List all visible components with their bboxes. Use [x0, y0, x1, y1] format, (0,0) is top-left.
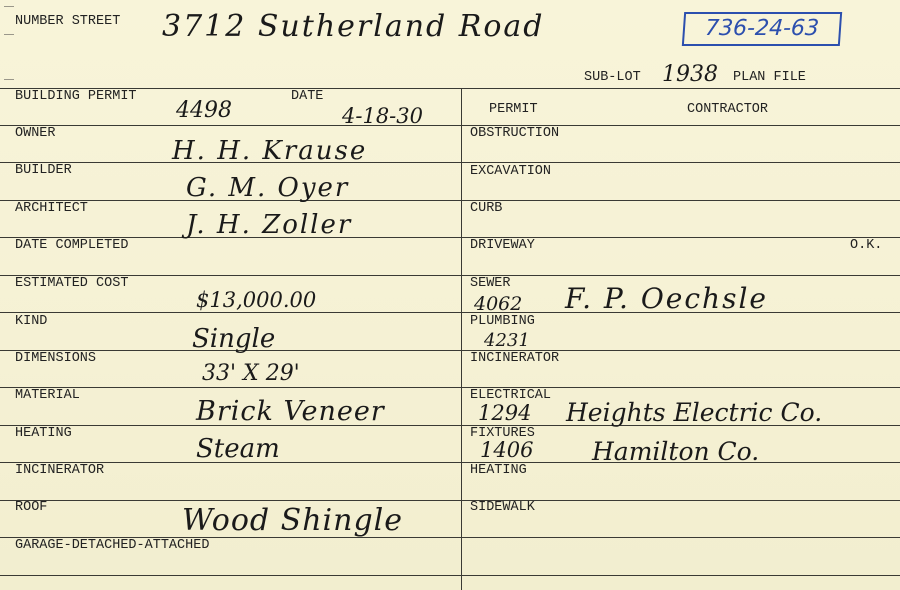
permit-column-header: PERMIT: [489, 103, 538, 117]
column-divider: [461, 88, 462, 590]
sub-lot-label: SUB-LOT: [584, 71, 641, 85]
trade-label-excavation: EXCAVATION: [470, 165, 551, 179]
driveway-note: O.K.: [850, 239, 882, 253]
file-number-stamp: 736-24-63: [682, 12, 842, 46]
trade-label-driveway: DRIVEWAY: [470, 239, 535, 253]
permit-card: NUMBER STREET 3712 Sutherland Road 736-2…: [0, 0, 900, 590]
field-label-material: MATERIAL: [15, 389, 80, 403]
field-label-roof: ROOF: [15, 501, 47, 515]
trade-label-heating: HEATING: [470, 464, 527, 478]
field-label-heating: HEATING: [15, 427, 72, 441]
trade-label-obstruction: OBSTRUCTION: [470, 127, 559, 141]
material-value: Brick Veneer: [196, 398, 385, 425]
field-label-owner: OWNER: [15, 127, 56, 141]
rule: [0, 275, 900, 276]
rule: [0, 237, 900, 238]
roof-value: Wood Shingle: [182, 506, 403, 536]
rule: [0, 162, 900, 163]
margin-tick: [4, 34, 14, 35]
rule: [0, 387, 900, 388]
kind-value: Single: [192, 326, 275, 352]
trade-label-sewer: SEWER: [470, 277, 511, 291]
rule: [0, 200, 900, 201]
electrical-permit-value: 1294: [478, 403, 531, 424]
heating-value: Steam: [196, 436, 280, 462]
trade-label-sidewalk: SIDEWALK: [470, 501, 535, 515]
field-label-garage: GARAGE-DETACHED-ATTACHED: [15, 539, 209, 553]
date-value: 4-18-30: [342, 106, 423, 127]
sewer-permit-value: 4062: [474, 295, 522, 314]
fixtures-permit-value: 1406: [480, 440, 533, 461]
field-label-builder: BUILDER: [15, 164, 72, 178]
rule: [0, 125, 900, 126]
trade-label-curb: CURB: [470, 202, 502, 216]
contractor-column-header: CONTRACTOR: [687, 103, 768, 117]
field-label-dimensions: DIMENSIONS: [15, 352, 96, 366]
address-value: 3712 Sutherland Road: [162, 12, 545, 42]
electrical-contractor-value: Heights Electric Co.: [566, 400, 822, 425]
field-label-building-permit: BUILDING PERMIT: [15, 90, 137, 104]
field-label-date-completed: DATE COMPLETED: [15, 239, 128, 253]
rule: [0, 350, 900, 351]
field-label-estimated-cost: ESTIMATED COST: [15, 277, 128, 291]
plan-file-label: PLAN FILE: [733, 71, 806, 85]
field-label-kind: KIND: [15, 315, 47, 329]
trade-label-plumbing: PLUMBING: [470, 315, 535, 329]
rule: [0, 575, 900, 576]
estimated-cost-value: $13,000.00: [196, 290, 316, 311]
architect-value: J. H. Zoller: [186, 212, 352, 238]
plumbing-permit-value: 4231: [484, 332, 530, 350]
builder-value: G. M. Oyer: [186, 175, 349, 201]
sub-lot-value: 1938: [662, 64, 718, 86]
field-label-architect: ARCHITECT: [15, 202, 88, 216]
sewer-contractor-value: F. P. Oechsle: [565, 285, 768, 313]
field-label-incinerator: INCINERATOR: [15, 464, 104, 478]
dimensions-value: 33' X 29': [202, 363, 300, 385]
trade-label-incinerator: INCINERATOR: [470, 352, 559, 366]
fixtures-contractor-value: Hamilton Co.: [592, 439, 759, 464]
owner-value: H. H. Krause: [172, 138, 367, 164]
number-street-label: NUMBER STREET: [15, 15, 120, 29]
building-permit-value: 4498: [176, 100, 232, 122]
rule: [0, 462, 900, 463]
date-label: DATE: [291, 90, 323, 104]
margin-tick: [4, 6, 14, 7]
rule: [0, 500, 900, 501]
margin-tick: [4, 79, 14, 80]
